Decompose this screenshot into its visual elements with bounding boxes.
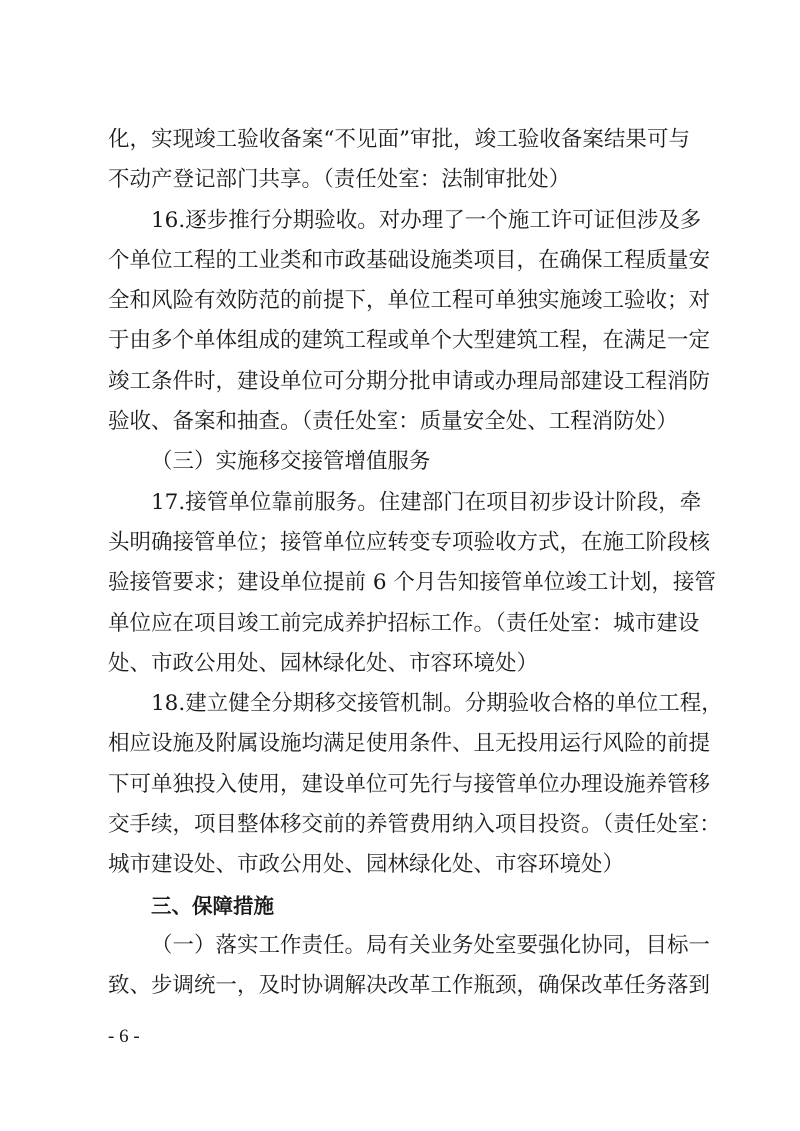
text-line: 18.建立健全分期移交接管机制。分期验收合格的单位工程， xyxy=(108,684,690,724)
text-line: 头明确接管单位；接管单位应转变专项验收方式，在施工阶段核 xyxy=(108,523,690,563)
text-line: 竣工条件时，建设单位可分期分批申请或办理局部建设工程消防 xyxy=(108,362,690,402)
text-line: 17.接管单位靠前服务。住建部门在项目初步设计阶段，牵 xyxy=(108,483,690,523)
text-line: 验接管要求；建设单位提前 6 个月告知接管单位竣工计划，接管 xyxy=(108,563,690,603)
section-subheading: （三）实施移交接管增值服务 xyxy=(108,442,690,482)
section-heading: 三、保障措施 xyxy=(108,886,690,926)
text-line: 交手续，项目整体移交前的养管费用纳入项目投资。（责任处室： xyxy=(108,805,690,845)
page-number: - 6 - xyxy=(108,1025,140,1049)
text-line: 16.逐步推行分期验收。对办理了一个施工许可证但涉及多 xyxy=(108,201,690,241)
document-page: 化，实现竣工验收备案“不见面”审批，竣工验收备案结果可与 不动产登记部门共享。（… xyxy=(0,0,800,1131)
text-line: 下可单独投入使用，建设单位可先行与接管单位办理设施养管移 xyxy=(108,765,690,805)
document-body: 化，实现竣工验收备案“不见面”审批，竣工验收备案结果可与 不动产登记部门共享。（… xyxy=(108,120,690,1007)
text-line: （一）落实工作责任。局有关业务处室要强化协同，目标一 xyxy=(108,926,690,966)
text-line: 验收、备案和抽查。（责任处室：质量安全处、工程消防处） xyxy=(108,402,690,442)
text-line: 全和风险有效防范的前提下，单位工程可单独实施竣工验收；对 xyxy=(108,281,690,321)
text-line: 个单位工程的工业类和市政基础设施类项目，在确保工程质量安 xyxy=(108,241,690,281)
text-line: 不动产登记部门共享。（责任处室：法制审批处） xyxy=(108,160,690,200)
text-line: 化，实现竣工验收备案“不见面”审批，竣工验收备案结果可与 xyxy=(108,120,690,160)
text-line: 致、步调统一，及时协调解决改革工作瓶颈，确保改革任务落到 xyxy=(108,966,690,1006)
text-line: 相应设施及附属设施均满足使用条件、且无投用运行风险的前提 xyxy=(108,724,690,764)
text-line: 城市建设处、市政公用处、园林绿化处、市容环境处） xyxy=(108,845,690,885)
text-line: 单位应在项目竣工前完成养护招标工作。（责任处室：城市建设 xyxy=(108,604,690,644)
text-line: 处、市政公用处、园林绿化处、市容环境处） xyxy=(108,644,690,684)
text-line: 于由多个单体组成的建筑工程或单个大型建筑工程，在满足一定 xyxy=(108,321,690,361)
